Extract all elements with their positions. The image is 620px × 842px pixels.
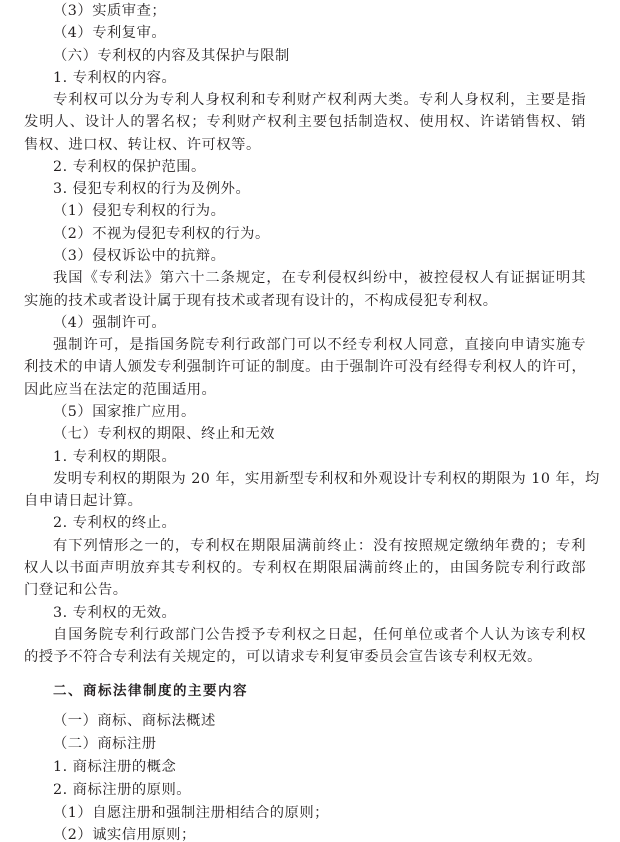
paragraph-line: （3）实质审查； [53, 0, 166, 22]
paragraph-line: 因此应当在法定的范围适用。 [24, 379, 216, 401]
paragraph-line: 权人以书面声明放弃其专利权的。专利权在期限届满前终止的，由国务院专利行政部 [24, 557, 586, 579]
paragraph-line: 1. 商标注册的概念 [53, 756, 176, 778]
paragraph-line: （七）专利权的期限、终止和无效 [53, 423, 275, 445]
paragraph-line: 2. 专利权的保护范围。 [53, 156, 206, 178]
paragraph-line: 1. 专利权的内容。 [53, 67, 176, 89]
paragraph-line: 实施的技术或者设计属于现有技术或者现有设计的，不构成侵犯专利权。 [24, 290, 498, 312]
paragraph-line: 有下列情形之一的，专利权在期限届满前终止：没有按照规定缴纳年费的；专利 [53, 535, 586, 557]
paragraph-line: （1）自愿注册和强制注册相结合的原则； [53, 802, 329, 824]
paragraph-line: （六）专利权的内容及其保护与限制 [53, 45, 290, 67]
paragraph-line: （4）强制许可。 [53, 312, 166, 334]
paragraph-line: 专利权可以分为专利人身权利和专利财产权利两大类。专利人身权利，主要是指 [53, 89, 586, 111]
paragraph-line: （5）国家推广应用。 [53, 401, 196, 423]
paragraph-line: 自申请日起计算。 [24, 490, 142, 512]
paragraph-line: 2. 商标注册的原则。 [53, 779, 191, 801]
paragraph-line: 2. 专利权的终止。 [53, 512, 176, 534]
paragraph-line: 强制许可，是指国务院专利行政部门可以不经专利权人同意，直接向申请实施专 [53, 334, 586, 356]
paragraph-line: 发明专利权的期限为 20 年，实用新型专利权和外观设计专利权的期限为 10 年，… [53, 468, 586, 490]
paragraph-line: 1. 专利权的期限。 [53, 446, 176, 468]
paragraph-line: （1）侵犯专利权的行为。 [53, 200, 225, 222]
paragraph-line: 我国《专利法》第六十二条规定，在专利侵权纠纷中，被控侵权人有证据证明其 [53, 267, 586, 289]
paragraph-line: 门登记和公告。 [24, 579, 128, 601]
section-heading-trademark-law: 二、商标法律制度的主要内容 [53, 680, 248, 702]
paragraph-line: 3. 专利权的无效。 [53, 602, 176, 624]
paragraph-line: 利技术的申请人颁发专利强制许可证的制度。由于强制许可没有经得专利权人的许可， [24, 356, 586, 378]
paragraph-line: 3. 侵犯专利权的行为及例外。 [53, 178, 250, 200]
paragraph-line: （4）专利复审。 [53, 22, 166, 44]
paragraph-line: 的授予不符合专利法有关规定的，可以请求专利复审委员会宣告该专利权无效。 [24, 646, 542, 668]
paragraph-line: （3）侵权诉讼中的抗辩。 [53, 245, 225, 267]
paragraph-line: （2）诚实信用原则； [53, 824, 196, 842]
paragraph-line: （一）商标、商标法概述 [53, 710, 216, 732]
paragraph-line: （2）不视为侵犯专利权的行为。 [53, 223, 270, 245]
paragraph-line: （二）商标注册 [53, 733, 157, 755]
paragraph-line: 自国务院专利行政部门公告授予专利权之日起，任何单位或者个人认为该专利权 [53, 624, 586, 646]
paragraph-line: 售权、进口权、转让权、许可权等。 [24, 134, 261, 156]
paragraph-line: 发明人、设计人的署名权；专利财产权利主要包括制造权、使用权、许诺销售权、销 [24, 111, 586, 133]
